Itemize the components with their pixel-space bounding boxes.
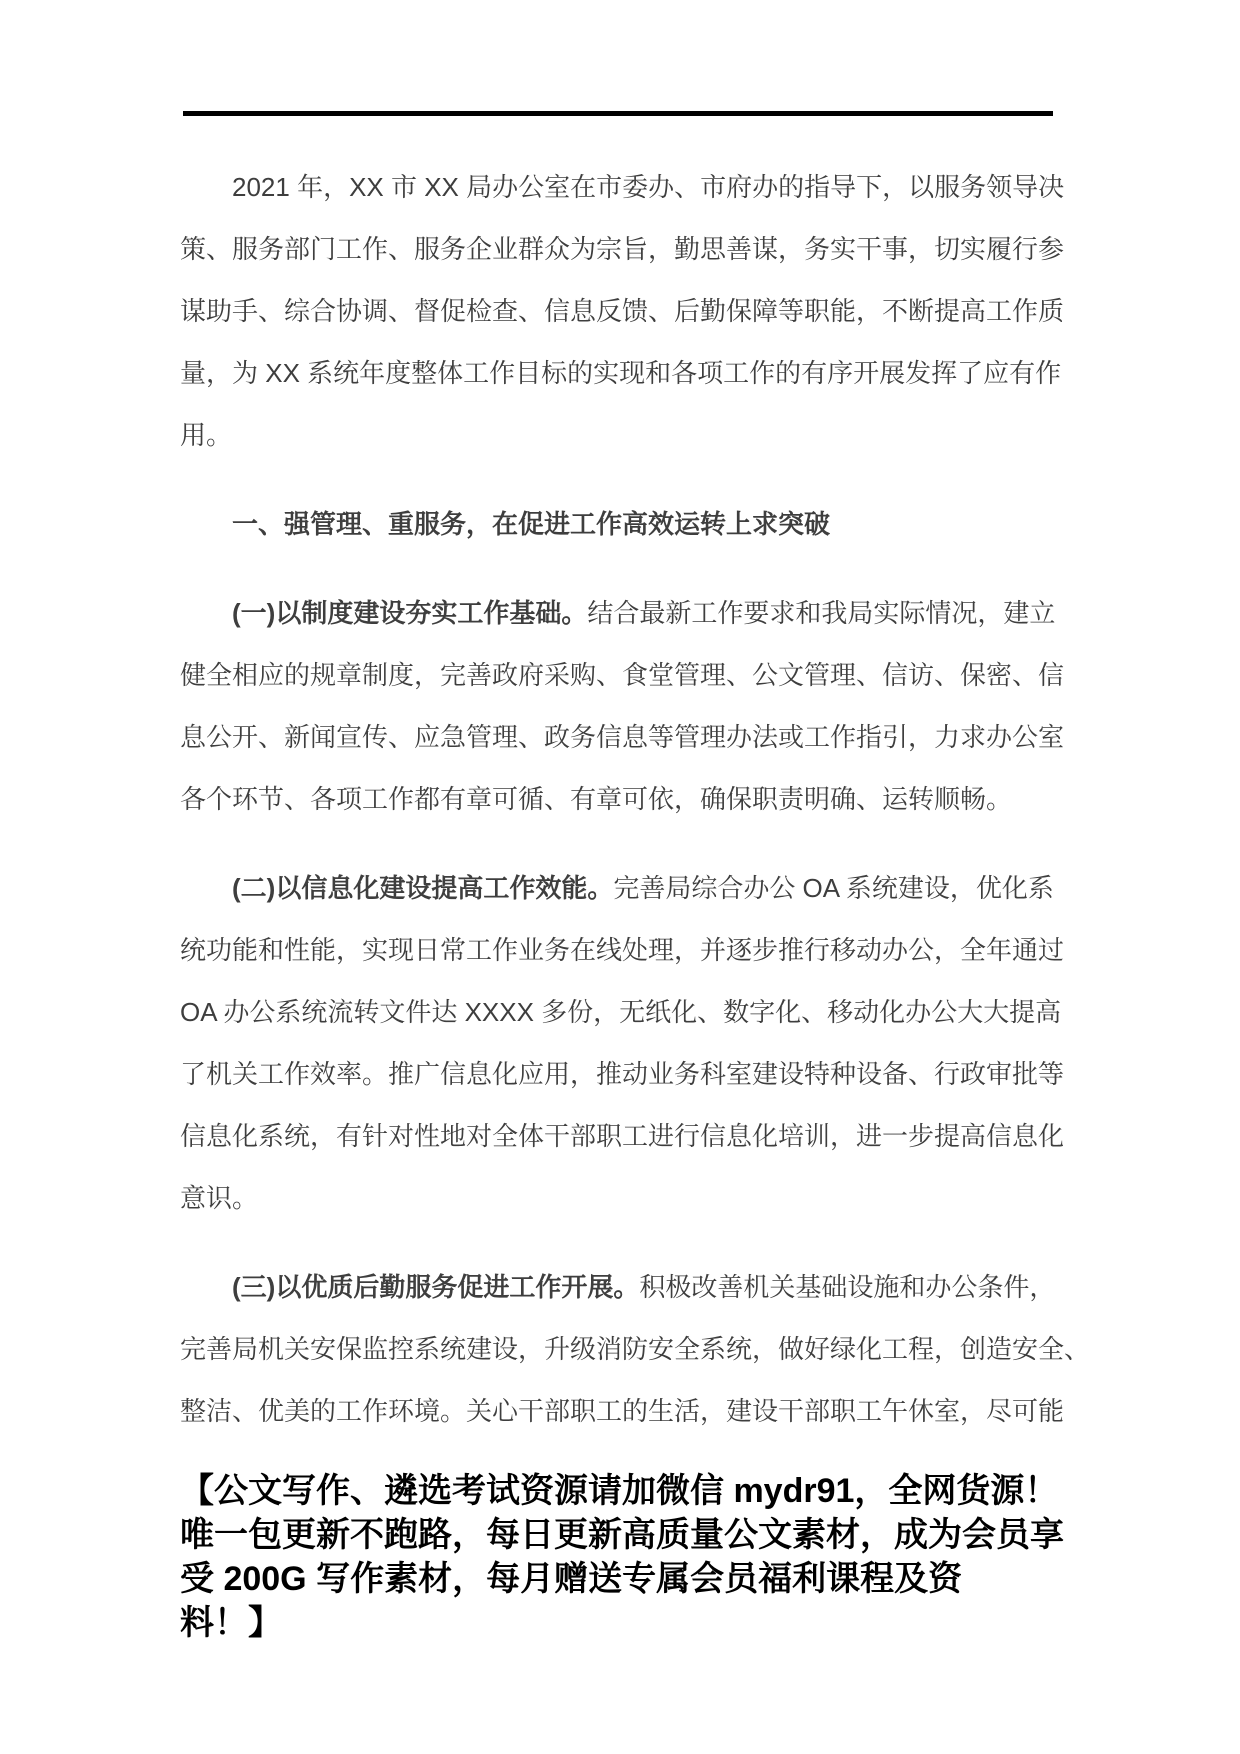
text-line: 了机关工作效率。推广信息化应用，推动业务科室建设特种设备、行政审批等 [180, 1043, 1053, 1105]
text-line: (二)以信息化建设提高工作效能。完善局综合办公 OA 系统建设，优化系 [180, 857, 1053, 919]
paragraph-lead-bold: (三)以优质后勤服务促进工作开展。 [232, 1272, 639, 1302]
text-line: 统功能和性能，实现日常工作业务在线处理，并逐步推行移动办公，全年通过 [180, 919, 1053, 981]
promo-paragraph: 【公文写作、遴选考试资源请加微信 mydr91，全网货源！ 唯一包更新不跑路，每… [180, 1469, 1053, 1645]
paragraph-lead-bold: (一)以制度建设夯实工作基础。 [232, 598, 587, 628]
text-line: (三)以优质后勤服务促进工作开展。积极改善机关基础设施和办公条件， [180, 1256, 1053, 1318]
header-divider-rule [183, 111, 1053, 116]
section-3-paragraph: (三)以优质后勤服务促进工作开展。积极改善机关基础设施和办公条件， 完善局机关安… [180, 1256, 1053, 1442]
promo-line: 唯一包更新不跑路，每日更新高质量公文素材，成为会员享 [180, 1513, 1053, 1557]
text-line: 信息化系统，有针对性地对全体干部职工进行信息化培训，进一步提高信息化 [180, 1105, 1053, 1167]
document-page: 2021 年，XX 市 XX 局办公室在市委办、市府办的指导下，以服务领导决 策… [0, 0, 1240, 1754]
paragraph-lead-bold: (二)以信息化建设提高工作效能。 [232, 873, 613, 903]
text-line: 各个环节、各项工作都有章可循、有章可依，确保职责明确、运转顺畅。 [180, 768, 1053, 830]
text-line: 策、服务部门工作、服务企业群众为宗旨，勤思善谋，务实干事，切实履行参 [180, 218, 1053, 280]
text-line: 完善局机关安保监控系统建设，升级消防安全系统，做好绿化工程，创造安全、 [180, 1318, 1053, 1380]
text-line: 健全相应的规章制度，完善政府采购、食堂管理、公文管理、信访、保密、信 [180, 644, 1053, 706]
section-1-paragraph: (一)以制度建设夯实工作基础。结合最新工作要求和我局实际情况，建立 健全相应的规… [180, 582, 1053, 830]
promo-line: 料！】 [180, 1601, 1053, 1645]
text-line: 意识。 [180, 1167, 1053, 1229]
text-line: 量，为 XX 系统年度整体工作目标的实现和各项工作的有序开展发挥了应有作 [180, 342, 1053, 404]
section-heading-text: 一、强管理、重服务，在促进工作高效运转上求突破 [180, 493, 1053, 555]
promo-line: 受 200G 写作素材，每月赠送专属会员福利课程及资 [180, 1557, 1053, 1601]
text-line: 2021 年，XX 市 XX 局办公室在市委办、市府办的指导下，以服务领导决 [180, 156, 1053, 218]
text-line: 用。 [180, 404, 1053, 466]
promo-line: 【公文写作、遴选考试资源请加微信 mydr91，全网货源！ [180, 1469, 1053, 1513]
paragraph-lead-rest: 完善局综合办公 OA 系统建设，优化系 [613, 873, 1054, 903]
paragraph-lead-rest: 积极改善机关基础设施和办公条件， [639, 1272, 1055, 1302]
section-heading-1: 一、强管理、重服务，在促进工作高效运转上求突破 [180, 493, 1053, 555]
text-line: OA 办公系统流转文件达 XXXX 多份，无纸化、数字化、移动化办公大大提高 [180, 981, 1053, 1043]
text-line: (一)以制度建设夯实工作基础。结合最新工作要求和我局实际情况，建立 [180, 582, 1053, 644]
text-line: 谋助手、综合协调、督促检查、信息反馈、后勤保障等职能，不断提高工作质 [180, 280, 1053, 342]
paragraph-lead-rest: 结合最新工作要求和我局实际情况，建立 [587, 598, 1055, 628]
intro-paragraph: 2021 年，XX 市 XX 局办公室在市委办、市府办的指导下，以服务领导决 策… [180, 156, 1053, 466]
document-body: 2021 年，XX 市 XX 局办公室在市委办、市府办的指导下，以服务领导决 策… [180, 156, 1053, 1672]
text-line: 整洁、优美的工作环境。关心干部职工的生活，建设干部职工午休室，尽可能 [180, 1380, 1053, 1442]
section-2-paragraph: (二)以信息化建设提高工作效能。完善局综合办公 OA 系统建设，优化系 统功能和… [180, 857, 1053, 1229]
text-line: 息公开、新闻宣传、应急管理、政务信息等管理办法或工作指引，力求办公室 [180, 706, 1053, 768]
